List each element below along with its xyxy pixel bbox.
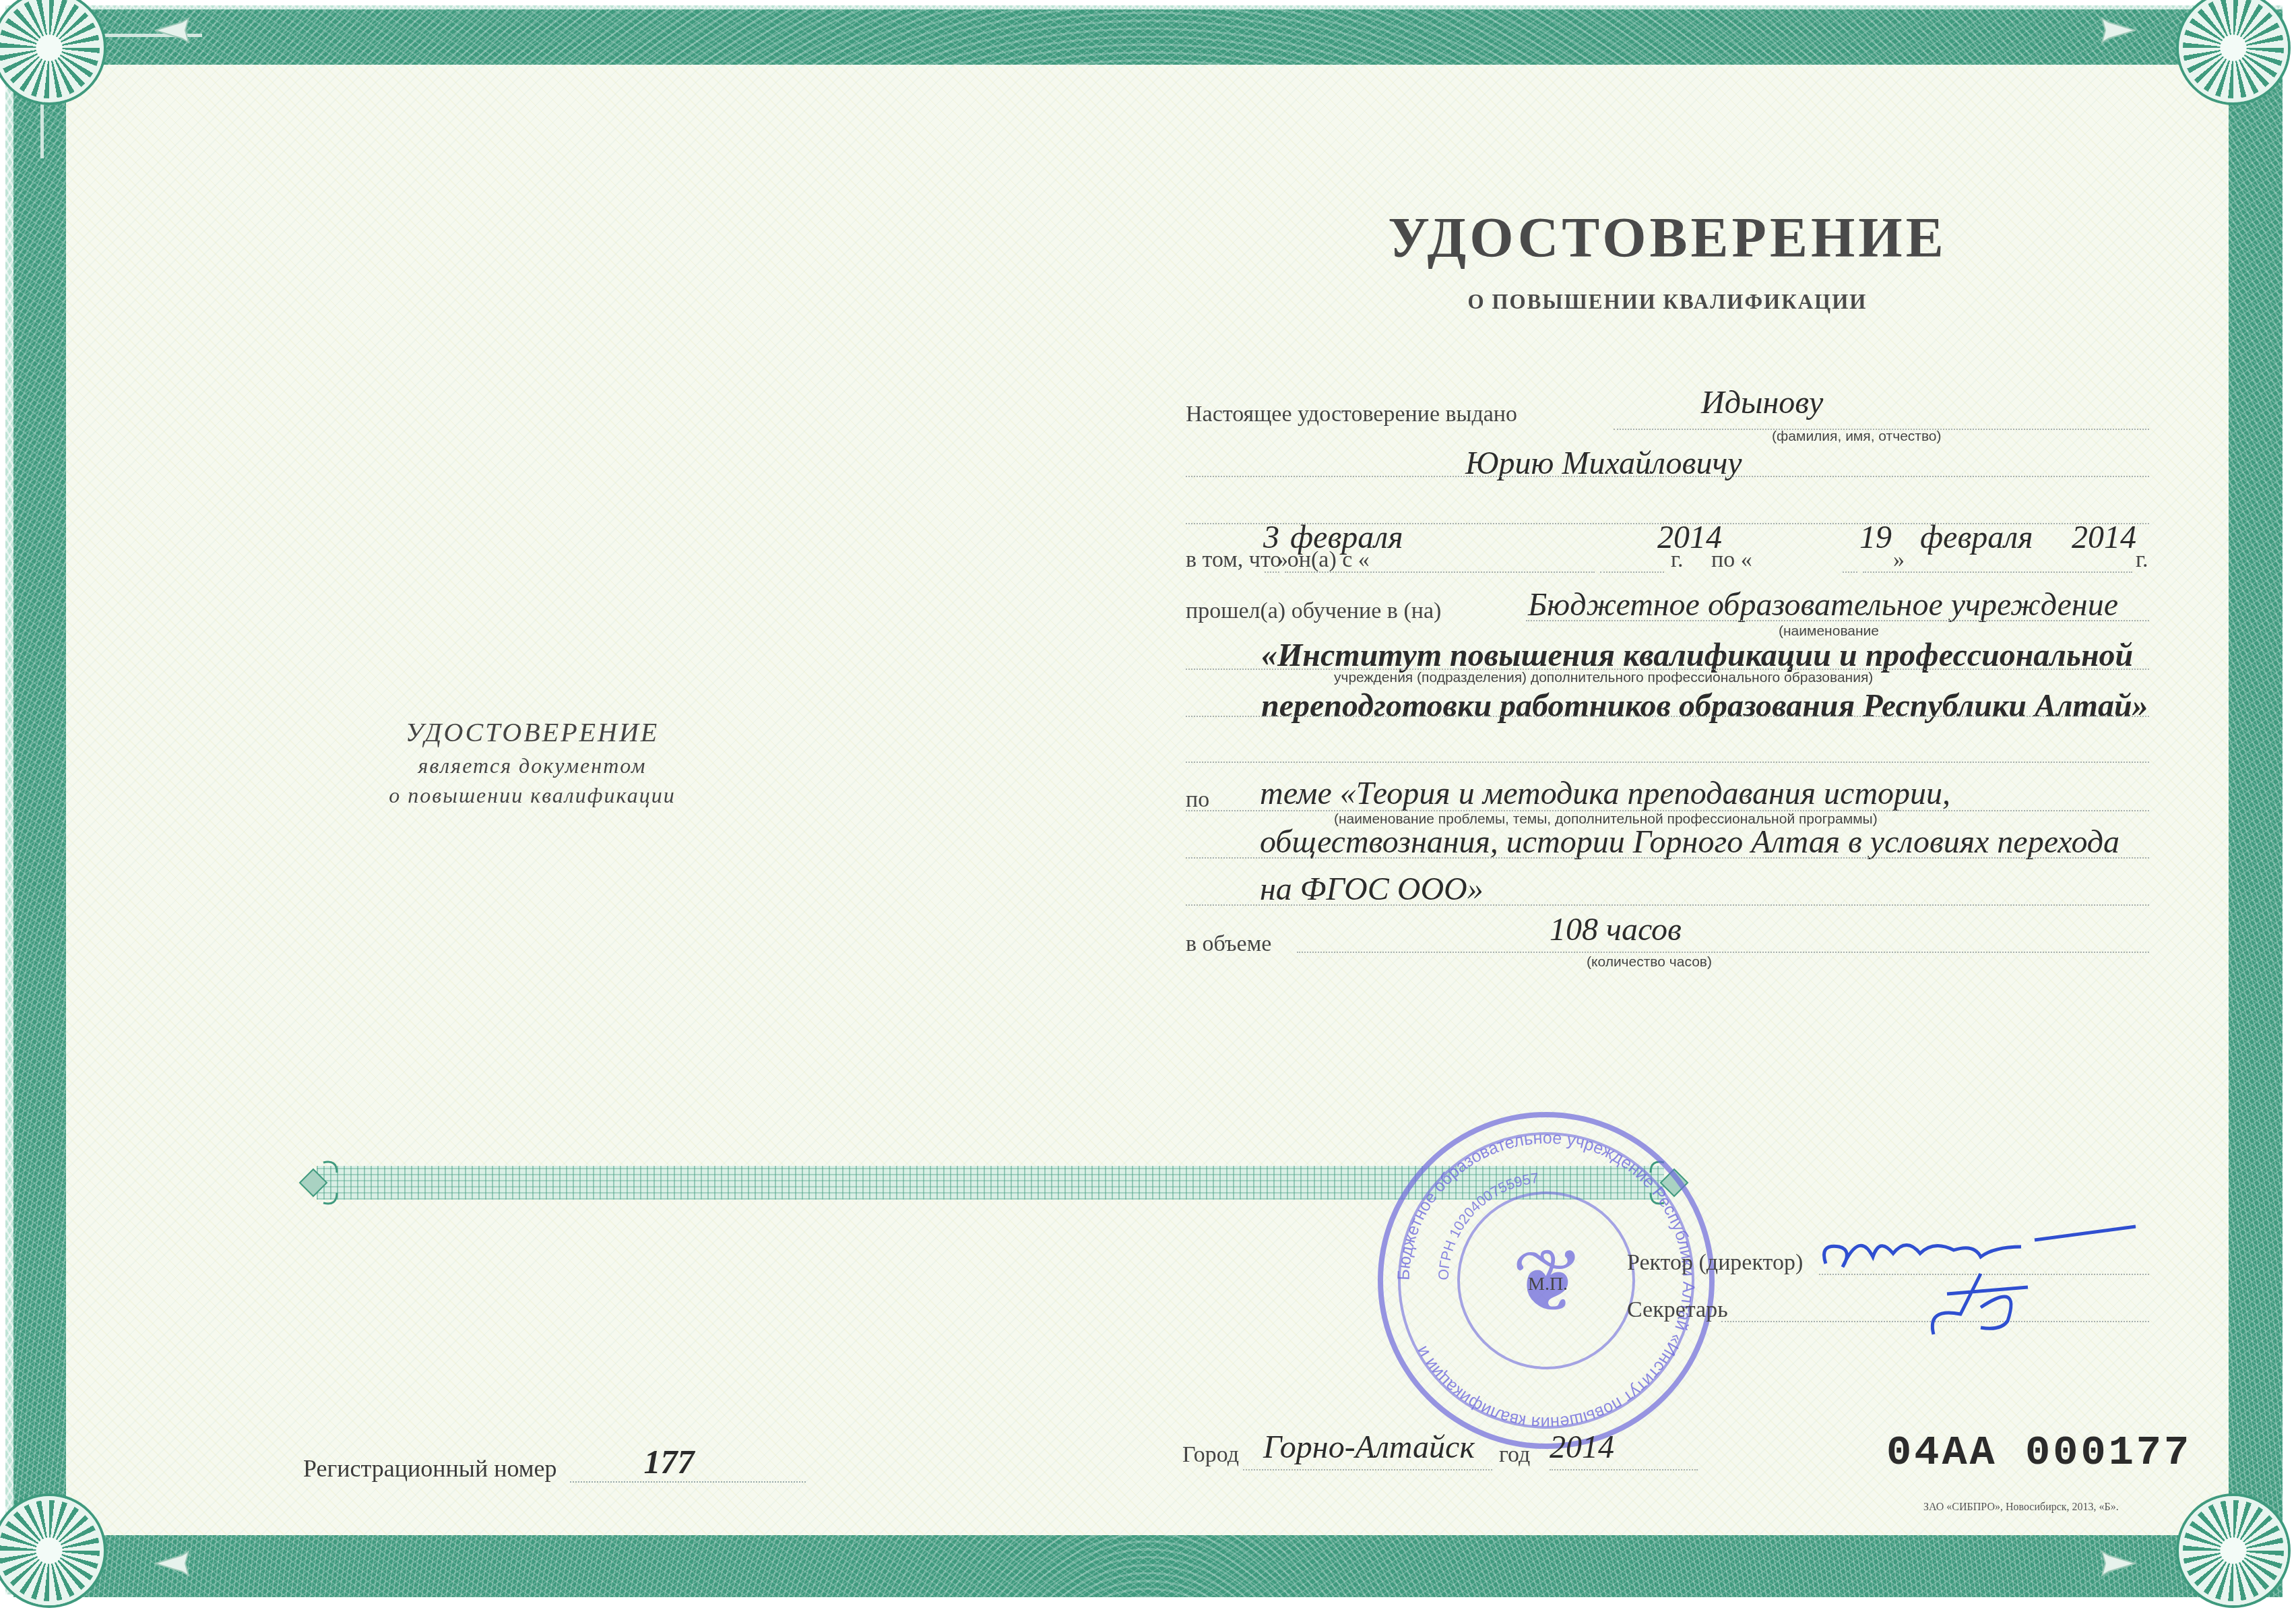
from-month: февраля xyxy=(1290,519,1403,556)
fleur-ornament-icon xyxy=(296,1156,344,1210)
institution-line1: Бюджетное образовательное учреждение xyxy=(1528,586,2118,623)
left-caption-line3: о повышении квалификации xyxy=(364,780,701,810)
registration-number-value: 177 xyxy=(644,1443,695,1481)
volume-value: 108 часов xyxy=(1550,911,1682,948)
serial-number: 04АА 000177 xyxy=(1886,1429,2192,1477)
to-day: 19 xyxy=(1859,519,1892,556)
rosette-ornament-icon xyxy=(2179,1496,2288,1605)
from-day: 3 xyxy=(1263,519,1279,556)
field-rule xyxy=(1550,1469,1698,1470)
to-year: 2014 xyxy=(2072,519,2136,556)
recipient-hint: (фамилия, имя, отчество) xyxy=(1772,429,1942,445)
city-label: Город xyxy=(1182,1442,1239,1468)
field-rule xyxy=(1186,716,2149,717)
city-value: Горно-Алтайск xyxy=(1263,1429,1475,1466)
topic-line3: на ФГОС ООО» xyxy=(1260,871,1484,908)
field-rule xyxy=(1863,571,2132,573)
left-caption-title: УДОСТОВЕРЕНИЕ xyxy=(364,714,701,751)
field-rule xyxy=(1297,952,2149,953)
left-caption-line2: является документом xyxy=(364,751,701,780)
issued-to-label: Настоящее удостоверение выдано xyxy=(1186,402,1517,427)
certificate-subtitle: О ПОВЫШЕНИИ КВАЛИФИКАЦИИ xyxy=(1347,290,1987,314)
year-value: 2014 xyxy=(1550,1429,1614,1466)
ribbon-bow-icon xyxy=(155,1550,202,1577)
year-suffix: г. xyxy=(2136,547,2148,573)
institution-line3: переподготовки работников образования Ре… xyxy=(1261,687,2148,724)
registration-field: 177 xyxy=(570,1442,806,1483)
rector-label: Ректор (директор) xyxy=(1627,1250,1803,1276)
volume-label: в объеме xyxy=(1186,931,1271,957)
field-rule xyxy=(1285,571,1595,573)
field-rule xyxy=(1243,1469,1492,1470)
secretary-signature xyxy=(1920,1267,2041,1341)
ribbon-bow-icon xyxy=(2088,17,2136,44)
year-label: год xyxy=(1499,1442,1530,1468)
quote-close: » xyxy=(1893,547,1905,573)
field-rule xyxy=(1600,571,1664,573)
topic-line1: теме «Теория и методика преподавания ист… xyxy=(1260,775,1950,812)
institution-hint2: учреждения (подразделения) дополнительно… xyxy=(1334,670,1873,686)
registration-label: Регистрационный номер xyxy=(303,1455,557,1482)
recipient-surname: Идынову xyxy=(1701,384,1823,421)
field-rule xyxy=(1186,904,2149,906)
printer-note: ЗАО «СИБПРО», Новосибирск, 2013, «Б». xyxy=(1923,1501,2119,1514)
ribbon-bow-icon xyxy=(2088,1550,2136,1577)
field-rule xyxy=(1186,857,2149,859)
certificate-title: УДОСТОВЕРЕНИЕ xyxy=(1347,206,1987,271)
ribbon-bow-icon xyxy=(155,17,202,44)
stamp-place-label: М.П. xyxy=(1528,1274,1568,1295)
volume-hint: (количество часов) xyxy=(1587,954,1712,970)
topic-line2: обществознания, истории Горного Алтая в … xyxy=(1260,824,2119,861)
institution-label: прошел(а) обучение в (на) xyxy=(1186,598,1441,624)
from-year: 2014 xyxy=(1657,519,1722,556)
secretary-label: Секретарь xyxy=(1627,1297,1728,1323)
to-month: февраля xyxy=(1920,519,2033,556)
field-rule xyxy=(1186,762,2149,763)
registration-number-row: Регистрационный номер 177 xyxy=(303,1442,806,1483)
field-rule xyxy=(1265,571,1279,573)
field-rule xyxy=(1843,571,1857,573)
field-rule xyxy=(1186,476,2149,477)
left-caption: УДОСТОВЕРЕНИЕ является документом о повы… xyxy=(364,714,701,810)
field-rule xyxy=(1526,620,2149,621)
topic-label: по xyxy=(1186,787,1209,813)
